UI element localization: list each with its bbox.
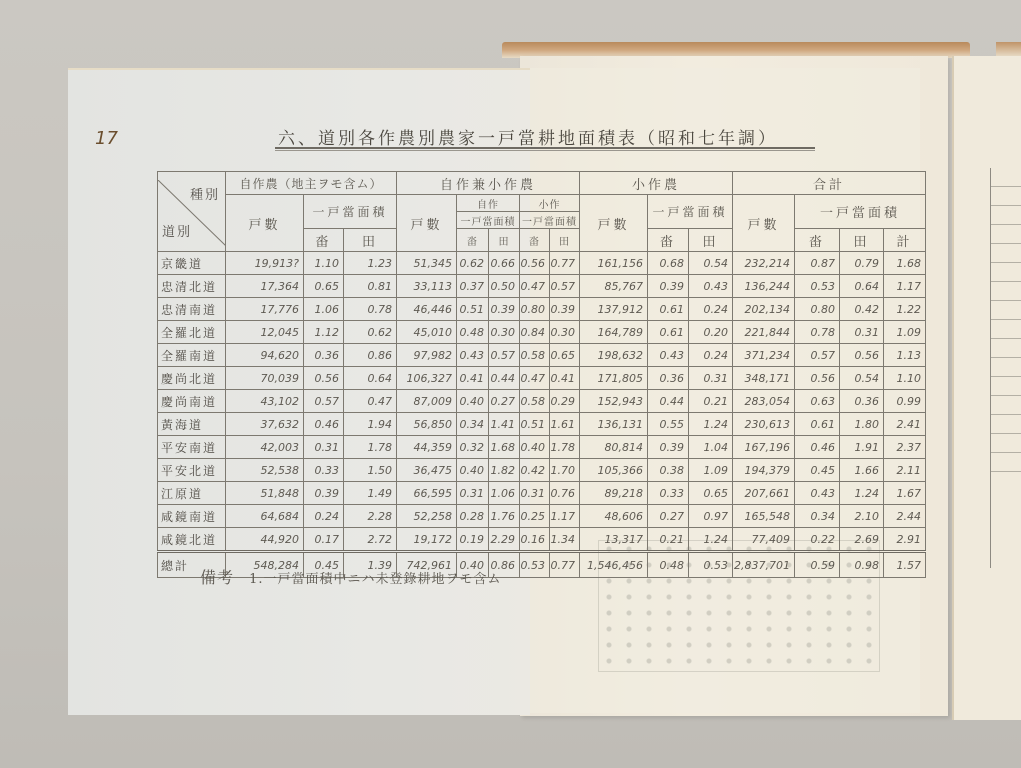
value-cell: 0.62 <box>344 321 397 344</box>
province-cell: 江原道 <box>158 482 226 505</box>
value-cell: 0.42 <box>840 298 884 321</box>
table-row: 江原道51,8480.391.4966,5950.311.060.310.768… <box>158 482 926 505</box>
table-row: 慶尚南道43,1020.570.4787,0090.400.270.580.29… <box>158 390 926 413</box>
value-cell: 0.40 <box>457 390 489 413</box>
province-cell: 咸鏡南道 <box>158 505 226 528</box>
value-cell: 0.29 <box>550 390 580 413</box>
corner-header: 種別 道別 <box>158 172 226 252</box>
value-cell: 0.31 <box>304 436 344 459</box>
value-cell: 0.57 <box>550 275 580 298</box>
value-cell: 0.39 <box>648 275 689 298</box>
value-cell: 12,045 <box>226 321 304 344</box>
value-cell: 0.58 <box>520 344 550 367</box>
value-cell: 0.27 <box>648 505 689 528</box>
value-cell: 0.77 <box>550 552 580 578</box>
value-cell: 0.46 <box>795 436 840 459</box>
value-cell: 1.10 <box>884 367 926 390</box>
value-cell: 0.64 <box>840 275 884 298</box>
value-cell: 0.47 <box>520 367 550 390</box>
value-cell: 1.23 <box>344 252 397 275</box>
province-cell: 慶尚南道 <box>158 390 226 413</box>
area-header: 一戸當面積 <box>304 195 397 229</box>
value-cell: 0.43 <box>689 275 733 298</box>
value-cell: 207,661 <box>733 482 795 505</box>
value-cell: 0.33 <box>648 482 689 505</box>
value-cell: 1.06 <box>489 482 520 505</box>
corner-province-label: 道別 <box>162 221 192 240</box>
value-cell: 43,102 <box>226 390 304 413</box>
value-cell: 221,844 <box>733 321 795 344</box>
area-header-small: 一戸當面積 <box>457 212 520 229</box>
value-cell: 89,218 <box>580 482 648 505</box>
value-cell: 0.59 <box>795 552 840 578</box>
value-cell: 2.11 <box>884 459 926 482</box>
value-cell: 0.84 <box>520 321 550 344</box>
value-cell: 0.78 <box>344 298 397 321</box>
value-cell: 0.98 <box>840 552 884 578</box>
book-spine-edge-right <box>996 42 1021 56</box>
value-cell: 0.65 <box>689 482 733 505</box>
value-cell: 56,850 <box>397 413 457 436</box>
value-cell: 13,317 <box>580 528 648 552</box>
value-cell: 17,776 <box>226 298 304 321</box>
value-cell: 64,684 <box>226 505 304 528</box>
value-cell: 1.70 <box>550 459 580 482</box>
value-cell: 19,913? <box>226 252 304 275</box>
value-cell: 51,345 <box>397 252 457 275</box>
value-cell: 0.51 <box>520 413 550 436</box>
value-cell: 70,039 <box>226 367 304 390</box>
dry-field-header: 畓 <box>520 229 550 252</box>
value-cell: 0.16 <box>520 528 550 552</box>
value-cell: 44,920 <box>226 528 304 552</box>
value-cell: 0.30 <box>489 321 520 344</box>
dry-field-header: 畓 <box>795 229 840 252</box>
table-row: 全羅南道94,6200.360.8697,9820.430.570.580.65… <box>158 344 926 367</box>
value-cell: 106,327 <box>397 367 457 390</box>
value-cell: 0.32 <box>457 436 489 459</box>
province-cell: 咸鏡北道 <box>158 528 226 552</box>
value-cell: 1.82 <box>489 459 520 482</box>
value-cell: 0.31 <box>840 321 884 344</box>
value-cell: 1.78 <box>550 436 580 459</box>
paddy-header: 田 <box>840 229 884 252</box>
value-cell: 33,113 <box>397 275 457 298</box>
value-cell: 0.41 <box>457 367 489 390</box>
value-cell: 0.62 <box>457 252 489 275</box>
paddy-header: 田 <box>689 229 733 252</box>
value-cell: 0.39 <box>550 298 580 321</box>
value-cell: 1.76 <box>489 505 520 528</box>
value-cell: 1.61 <box>550 413 580 436</box>
value-cell: 0.34 <box>457 413 489 436</box>
value-cell: 1.67 <box>884 482 926 505</box>
value-cell: 42,003 <box>226 436 304 459</box>
corner-type-label: 種別 <box>190 184 220 203</box>
value-cell: 1.68 <box>884 252 926 275</box>
table-row: 平安北道52,5380.331.5036,4750.401.820.421.70… <box>158 459 926 482</box>
value-cell: 1.04 <box>689 436 733 459</box>
value-cell: 2.10 <box>840 505 884 528</box>
remarks-label: 備考 <box>200 568 234 587</box>
dry-field-header: 畓 <box>648 229 689 252</box>
value-cell: 0.31 <box>689 367 733 390</box>
value-cell: 0.46 <box>304 413 344 436</box>
value-cell: 0.39 <box>304 482 344 505</box>
value-cell: 97,982 <box>397 344 457 367</box>
value-cell: 2.41 <box>884 413 926 436</box>
remarks-text: 1.一戸當面積中ニハ未登錄耕地ヲモ含ム <box>249 572 501 587</box>
value-cell: 0.48 <box>457 321 489 344</box>
value-cell: 1.80 <box>840 413 884 436</box>
value-cell: 0.34 <box>795 505 840 528</box>
value-cell: 0.45 <box>795 459 840 482</box>
value-cell: 44,359 <box>397 436 457 459</box>
value-cell: 232,214 <box>733 252 795 275</box>
value-cell: 198,632 <box>580 344 648 367</box>
group-total: 合計 <box>733 172 926 195</box>
value-cell: 1,546,456 <box>580 552 648 578</box>
value-cell: 0.80 <box>520 298 550 321</box>
value-cell: 2.29 <box>489 528 520 552</box>
value-cell: 0.56 <box>520 252 550 275</box>
table-row: 咸鏡北道44,9200.172.7219,1720.192.290.161.34… <box>158 528 926 552</box>
paddy-header: 田 <box>489 229 520 252</box>
group-tenant-farmer: 小作農 <box>580 172 733 195</box>
value-cell: 0.65 <box>304 275 344 298</box>
area-header: 一戸當面積 <box>795 195 926 229</box>
value-cell: 0.31 <box>520 482 550 505</box>
value-cell: 52,538 <box>226 459 304 482</box>
value-cell: 0.43 <box>648 344 689 367</box>
farmland-table: 種別 道別 自作農（地主ヲモ含ム） 自作兼小作農 小作農 合計 戸數 一戸當面積… <box>157 171 926 578</box>
value-cell: 2.37 <box>884 436 926 459</box>
value-cell: 0.51 <box>457 298 489 321</box>
value-cell: 0.68 <box>648 252 689 275</box>
page-number: 17 <box>95 128 118 149</box>
value-cell: 19,172 <box>397 528 457 552</box>
value-cell: 1.09 <box>884 321 926 344</box>
value-cell: 0.61 <box>795 413 840 436</box>
group-owner-farmer: 自作農（地主ヲモ含ム） <box>226 172 397 195</box>
value-cell: 0.56 <box>840 344 884 367</box>
households-header: 戸數 <box>733 195 795 252</box>
value-cell: 0.24 <box>304 505 344 528</box>
value-cell: 0.41 <box>550 367 580 390</box>
table-row: 咸鏡南道64,6840.242.2852,2580.281.760.251.17… <box>158 505 926 528</box>
value-cell: 51,848 <box>226 482 304 505</box>
value-cell: 94,620 <box>226 344 304 367</box>
paddy-header: 田 <box>344 229 397 252</box>
value-cell: 167,196 <box>733 436 795 459</box>
value-cell: 136,244 <box>733 275 795 298</box>
value-cell: 202,134 <box>733 298 795 321</box>
value-cell: 0.36 <box>648 367 689 390</box>
table-body: 京畿道19,913?1.101.2351,3450.620.660.560.77… <box>158 252 926 578</box>
province-cell: 慶尚北道 <box>158 367 226 390</box>
value-cell: 0.79 <box>840 252 884 275</box>
value-cell: 52,258 <box>397 505 457 528</box>
value-cell: 0.78 <box>795 321 840 344</box>
value-cell: 37,632 <box>226 413 304 436</box>
value-cell: 0.28 <box>457 505 489 528</box>
value-cell: 0.43 <box>457 344 489 367</box>
sum-header: 計 <box>884 229 926 252</box>
province-cell: 京畿道 <box>158 252 226 275</box>
value-cell: 283,054 <box>733 390 795 413</box>
households-header: 戸數 <box>580 195 648 252</box>
value-cell: 164,789 <box>580 321 648 344</box>
sub-tenant-header: 小作 <box>520 195 580 212</box>
value-cell: 66,595 <box>397 482 457 505</box>
value-cell: 80,814 <box>580 436 648 459</box>
value-cell: 0.48 <box>648 552 689 578</box>
province-cell: 忠清北道 <box>158 275 226 298</box>
sub-owner-header: 自作 <box>457 195 520 212</box>
value-cell: 48,606 <box>580 505 648 528</box>
value-cell: 2.72 <box>344 528 397 552</box>
value-cell: 0.76 <box>550 482 580 505</box>
value-cell: 0.44 <box>648 390 689 413</box>
table-row: 平安南道42,0030.311.7844,3590.321.680.401.78… <box>158 436 926 459</box>
value-cell: 0.57 <box>304 390 344 413</box>
value-cell: 0.81 <box>344 275 397 298</box>
value-cell: 165,548 <box>733 505 795 528</box>
table-row: 忠清北道17,3640.650.8133,1130.370.500.470.57… <box>158 275 926 298</box>
value-cell: 0.57 <box>489 344 520 367</box>
value-cell: 0.31 <box>457 482 489 505</box>
value-cell: 0.19 <box>457 528 489 552</box>
value-cell: 1.49 <box>344 482 397 505</box>
value-cell: 0.42 <box>520 459 550 482</box>
value-cell: 0.43 <box>795 482 840 505</box>
province-cell: 忠清南道 <box>158 298 226 321</box>
value-cell: 152,943 <box>580 390 648 413</box>
value-cell: 0.24 <box>689 344 733 367</box>
value-cell: 0.22 <box>795 528 840 552</box>
value-cell: 1.50 <box>344 459 397 482</box>
value-cell: 2.91 <box>884 528 926 552</box>
value-cell: 17,364 <box>226 275 304 298</box>
value-cell: 0.66 <box>489 252 520 275</box>
province-cell: 平安南道 <box>158 436 226 459</box>
province-cell: 黃海道 <box>158 413 226 436</box>
value-cell: 1.66 <box>840 459 884 482</box>
value-cell: 2.44 <box>884 505 926 528</box>
value-cell: 1.06 <box>304 298 344 321</box>
value-cell: 0.36 <box>840 390 884 413</box>
next-page-table-fragment <box>990 168 1021 568</box>
value-cell: 77,409 <box>733 528 795 552</box>
value-cell: 171,805 <box>580 367 648 390</box>
value-cell: 0.77 <box>550 252 580 275</box>
area-header: 一戸當面積 <box>648 195 733 229</box>
value-cell: 0.65 <box>550 344 580 367</box>
table-row: 黃海道37,6320.461.9456,8500.341.410.511.611… <box>158 413 926 436</box>
paddy-header: 田 <box>550 229 580 252</box>
value-cell: 1.24 <box>840 482 884 505</box>
value-cell: 0.64 <box>344 367 397 390</box>
value-cell: 230,613 <box>733 413 795 436</box>
value-cell: 0.47 <box>520 275 550 298</box>
value-cell: 0.55 <box>648 413 689 436</box>
dry-field-header: 畓 <box>304 229 344 252</box>
value-cell: 1.13 <box>884 344 926 367</box>
title-underline-thin <box>275 150 815 151</box>
value-cell: 45,010 <box>397 321 457 344</box>
value-cell: 0.44 <box>489 367 520 390</box>
value-cell: 36,475 <box>397 459 457 482</box>
households-header: 戸數 <box>226 195 304 252</box>
title-underline <box>275 147 815 149</box>
value-cell: 0.53 <box>795 275 840 298</box>
value-cell: 1.24 <box>689 413 733 436</box>
value-cell: 1.57 <box>884 552 926 578</box>
value-cell: 0.47 <box>344 390 397 413</box>
value-cell: 1.10 <box>304 252 344 275</box>
remarks: 備考 1.一戸當面積中ニハ未登錄耕地ヲモ含ム <box>200 565 502 588</box>
province-cell: 全羅北道 <box>158 321 226 344</box>
value-cell: 0.37 <box>457 275 489 298</box>
value-cell: 0.36 <box>304 344 344 367</box>
dry-field-header: 畓 <box>457 229 489 252</box>
value-cell: 0.40 <box>457 459 489 482</box>
value-cell: 0.61 <box>648 298 689 321</box>
value-cell: 1.91 <box>840 436 884 459</box>
value-cell: 0.33 <box>304 459 344 482</box>
table-row: 全羅北道12,0451.120.6245,0100.480.300.840.30… <box>158 321 926 344</box>
value-cell: 1.24 <box>689 528 733 552</box>
value-cell: 0.20 <box>689 321 733 344</box>
value-cell: 1.34 <box>550 528 580 552</box>
area-header-small: 一戸當面積 <box>520 212 580 229</box>
value-cell: 1.68 <box>489 436 520 459</box>
value-cell: 0.54 <box>689 252 733 275</box>
value-cell: 2,837,701 <box>733 552 795 578</box>
value-cell: 0.50 <box>489 275 520 298</box>
value-cell: 0.86 <box>344 344 397 367</box>
value-cell: 0.80 <box>795 298 840 321</box>
value-cell: 137,912 <box>580 298 648 321</box>
value-cell: 0.54 <box>840 367 884 390</box>
value-cell: 1.12 <box>304 321 344 344</box>
value-cell: 136,131 <box>580 413 648 436</box>
value-cell: 161,156 <box>580 252 648 275</box>
value-cell: 0.17 <box>304 528 344 552</box>
value-cell: 1.22 <box>884 298 926 321</box>
value-cell: 105,366 <box>580 459 648 482</box>
value-cell: 0.56 <box>795 367 840 390</box>
households-header: 戸數 <box>397 195 457 252</box>
value-cell: 0.87 <box>795 252 840 275</box>
value-cell: 0.53 <box>520 552 550 578</box>
table-row: 京畿道19,913?1.101.2351,3450.620.660.560.77… <box>158 252 926 275</box>
value-cell: 0.30 <box>550 321 580 344</box>
value-cell: 2.69 <box>840 528 884 552</box>
value-cell: 348,171 <box>733 367 795 390</box>
value-cell: 1.17 <box>550 505 580 528</box>
table-row: 忠清南道17,7761.060.7846,4460.510.390.800.39… <box>158 298 926 321</box>
province-cell: 全羅南道 <box>158 344 226 367</box>
value-cell: 0.21 <box>648 528 689 552</box>
value-cell: 0.40 <box>520 436 550 459</box>
value-cell: 0.97 <box>689 505 733 528</box>
value-cell: 0.25 <box>520 505 550 528</box>
value-cell: 0.58 <box>520 390 550 413</box>
value-cell: 0.57 <box>795 344 840 367</box>
value-cell: 194,379 <box>733 459 795 482</box>
value-cell: 0.39 <box>648 436 689 459</box>
value-cell: 0.56 <box>304 367 344 390</box>
value-cell: 0.99 <box>884 390 926 413</box>
province-cell: 平安北道 <box>158 459 226 482</box>
value-cell: 0.53 <box>689 552 733 578</box>
group-part-owner-farmer: 自作兼小作農 <box>397 172 580 195</box>
value-cell: 0.24 <box>689 298 733 321</box>
table-row: 慶尚北道70,0390.560.64106,3270.410.440.470.4… <box>158 367 926 390</box>
value-cell: 1.09 <box>689 459 733 482</box>
value-cell: 0.63 <box>795 390 840 413</box>
value-cell: 0.27 <box>489 390 520 413</box>
value-cell: 371,234 <box>733 344 795 367</box>
value-cell: 0.61 <box>648 321 689 344</box>
value-cell: 0.21 <box>689 390 733 413</box>
value-cell: 85,767 <box>580 275 648 298</box>
value-cell: 0.39 <box>489 298 520 321</box>
value-cell: 1.94 <box>344 413 397 436</box>
value-cell: 0.38 <box>648 459 689 482</box>
value-cell: 1.78 <box>344 436 397 459</box>
value-cell: 1.17 <box>884 275 926 298</box>
value-cell: 1.41 <box>489 413 520 436</box>
value-cell: 46,446 <box>397 298 457 321</box>
value-cell: 87,009 <box>397 390 457 413</box>
page-title: 六、道別各作農別農家一戸當耕地面積表（昭和七年調） <box>278 124 778 149</box>
value-cell: 2.28 <box>344 505 397 528</box>
